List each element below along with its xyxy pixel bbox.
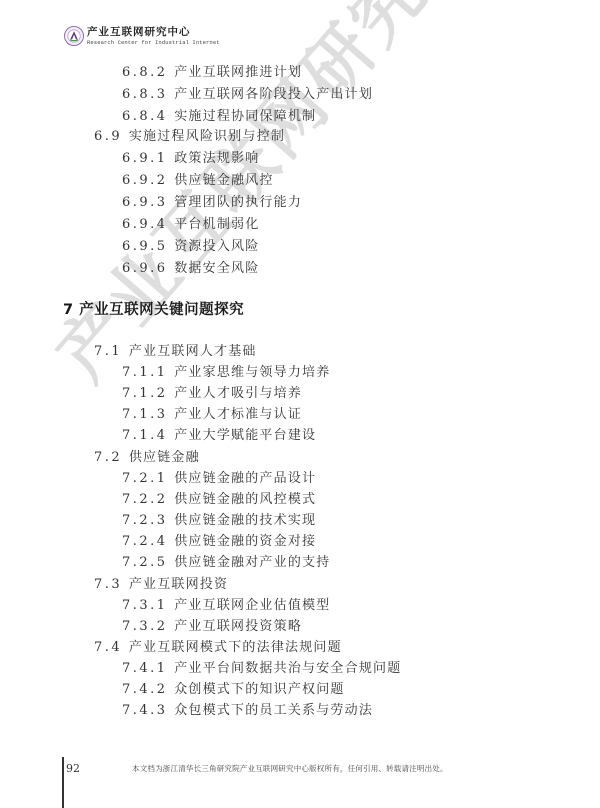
toc-entry-title: 产业人才吸引与培养 [174, 386, 302, 401]
toc-entry-number: 7.2.2 [122, 492, 174, 507]
toc-entry-number: 6.9.1 [122, 151, 174, 166]
toc-entry[interactable]: 6.9.6 数据安全风险 [122, 262, 259, 275]
toc-entry[interactable]: 6.8.3 产业互联网各阶段投入产出计划 [122, 88, 373, 101]
chapter-title: 产业互联网关键问题探究 [79, 302, 244, 318]
toc-entry-title: 平台机制弱化 [174, 217, 259, 232]
toc-entry-number: 7.1.1 [122, 365, 174, 380]
toc-entry[interactable]: 7.4.1 产业平台间数据共治与安全合规问题 [122, 662, 401, 675]
toc-entry-number: 7.4.3 [122, 703, 174, 718]
toc-entry[interactable]: 7.2.1 供应链金融的产品设计 [122, 472, 316, 485]
toc-entry[interactable]: 6.8.4 实施过程协同保障机制 [122, 110, 316, 123]
toc-entry-title: 众包模式下的员工关系与劳动法 [174, 703, 373, 718]
toc-entry[interactable]: 7.2.5 供应链金融对产业的支持 [122, 556, 330, 569]
toc-entry-number: 6.8.2 [122, 65, 174, 80]
toc-entry-number: 7.4.1 [122, 661, 174, 676]
toc-entry-title: 产业互联网企业估值模型 [174, 598, 330, 613]
toc-entry-number: 6.9.3 [122, 195, 174, 210]
toc-entry[interactable]: 6.9.2 供应链金融风控 [122, 174, 274, 187]
toc-entry-number: 7.3.1 [122, 598, 174, 613]
toc-entry-number: 7.1 [94, 344, 129, 359]
toc-chapter-heading[interactable]: 7 产业互联网关键问题探究 [63, 303, 244, 318]
page-number: 92 [66, 762, 80, 775]
toc-entry-title: 产业互联网推进计划 [174, 65, 302, 80]
toc-entry-number: 7.3 [94, 577, 129, 592]
toc-entry-title: 产业互联网人才基础 [129, 344, 257, 359]
toc-entry[interactable]: 7.4.3 众包模式下的员工关系与劳动法 [122, 704, 373, 717]
toc-entry-number: 7.2 [94, 450, 129, 465]
toc-entry[interactable]: 6.9.4 平台机制弱化 [122, 218, 259, 231]
toc-entry-title: 产业互联网各阶段投入产出计划 [174, 87, 373, 102]
toc-entry-title: 管理团队的执行能力 [174, 195, 302, 210]
toc-entry[interactable]: 6.9.3 管理团队的执行能力 [122, 196, 302, 209]
toc-entry-number: 7.2.3 [122, 513, 174, 528]
chapter-number: 7 [63, 302, 74, 318]
toc-entry[interactable]: 7.1.3 产业人才标准与认证 [122, 408, 302, 421]
toc-entry[interactable]: 7.1.2 产业人才吸引与培养 [122, 387, 302, 400]
toc-entry[interactable]: 7.1.1 产业家思维与领导力培养 [122, 366, 330, 379]
toc-entry-number: 6.9.5 [122, 239, 174, 254]
toc-entry[interactable]: 6.8.2 产业互联网推进计划 [122, 66, 302, 79]
toc-entry-title: 实施过程协同保障机制 [174, 109, 316, 124]
toc-entry-title: 政策法规影响 [174, 151, 259, 166]
toc-entry-title: 产业大学赋能平台建设 [174, 428, 316, 443]
toc-entry-number: 6.9.4 [122, 217, 174, 232]
toc-entry[interactable]: 7.2.3 供应链金融的技术实现 [122, 514, 316, 527]
toc-entry[interactable]: 7.4.2 众创模式下的知识产权问题 [122, 683, 345, 696]
toc-entry-number: 7.2.4 [122, 534, 174, 549]
toc-entry-number: 7.4 [94, 640, 129, 655]
page-header: 产业互联网研究中心 Research Center for Industrial… [64, 26, 220, 46]
toc-entry-number: 7.1.4 [122, 428, 174, 443]
toc-entry[interactable]: 7.2.2 供应链金融的风控模式 [122, 493, 316, 506]
header-title: 产业互联网研究中心 [87, 27, 220, 38]
toc-entry-number: 6.9.2 [122, 173, 174, 188]
toc-entry-number: 6.8.4 [122, 109, 174, 124]
toc-entry-title: 资源投入风险 [174, 239, 259, 254]
research-center-logo-icon [64, 26, 84, 46]
toc-entry-number: 7.2.1 [122, 471, 174, 486]
toc-entry-title: 产业家思维与领导力培养 [174, 365, 330, 380]
toc-entry[interactable]: 7.3.2 产业互联网投资策略 [122, 620, 302, 633]
toc-section[interactable]: 7.1 产业互联网人才基础 [94, 345, 257, 358]
toc-entry-number: 7.1.2 [122, 386, 174, 401]
toc-entry[interactable]: 6.9.1 政策法规影响 [122, 152, 259, 165]
toc-entry-title: 供应链金融的风控模式 [174, 492, 316, 507]
toc-entry-title: 供应链金融风控 [174, 173, 273, 188]
toc-entry-title: 供应链金融对产业的支持 [174, 555, 330, 570]
toc-entry-title: 产业互联网模式下的法律法规问题 [129, 640, 342, 655]
toc-entry-title: 产业人才标准与认证 [174, 407, 302, 422]
toc-entry[interactable]: 7.2.4 供应链金融的资金对接 [122, 535, 316, 548]
toc-entry-title: 产业平台间数据共治与安全合规问题 [174, 661, 401, 676]
toc-entry-number: 7.4.2 [122, 682, 174, 697]
toc-entry-number: 6.9 [94, 129, 129, 144]
toc-entry-number: 7.1.3 [122, 407, 174, 422]
toc-entry-title: 供应链金融 [129, 450, 200, 465]
toc-entry-title: 供应链金融的资金对接 [174, 534, 316, 549]
toc-entry[interactable]: 7.1.4 产业大学赋能平台建设 [122, 429, 316, 442]
toc-section[interactable]: 7.4 产业互联网模式下的法律法规问题 [94, 641, 342, 654]
toc-entry[interactable]: 7.3.1 产业互联网企业估值模型 [122, 599, 330, 612]
toc-entry-title: 数据安全风险 [174, 261, 259, 276]
toc-section[interactable]: 7.3 产业互联网投资 [94, 578, 228, 591]
toc-section[interactable]: 7.2 供应链金融 [94, 451, 200, 464]
toc-entry-title: 众创模式下的知识产权问题 [174, 682, 344, 697]
toc-entry-title: 产业互联网投资 [129, 577, 228, 592]
toc-entry-title: 产业互联网投资策略 [174, 619, 302, 634]
toc-entry[interactable]: 6.9.5 资源投入风险 [122, 240, 259, 253]
toc-section[interactable]: 6.9 实施过程风险识别与控制 [94, 130, 285, 143]
toc-entry-number: 7.3.2 [122, 619, 174, 634]
toc-entry-title: 供应链金融的产品设计 [174, 471, 316, 486]
toc-entry-number: 6.8.3 [122, 87, 174, 102]
toc-entry-number: 6.9.6 [122, 261, 174, 276]
header-subtitle: Research Center for Industrial Internet [87, 40, 220, 46]
footer-divider [62, 757, 64, 808]
copyright-notice: 本文档为浙江清华长三角研究院产业互联网研究中心版权所有，任何引用、转载请注明出处… [132, 763, 448, 774]
toc-entry-title: 实施过程风险识别与控制 [129, 129, 285, 144]
toc-entry-title: 供应链金融的技术实现 [174, 513, 316, 528]
toc-entry-number: 7.2.5 [122, 555, 174, 570]
